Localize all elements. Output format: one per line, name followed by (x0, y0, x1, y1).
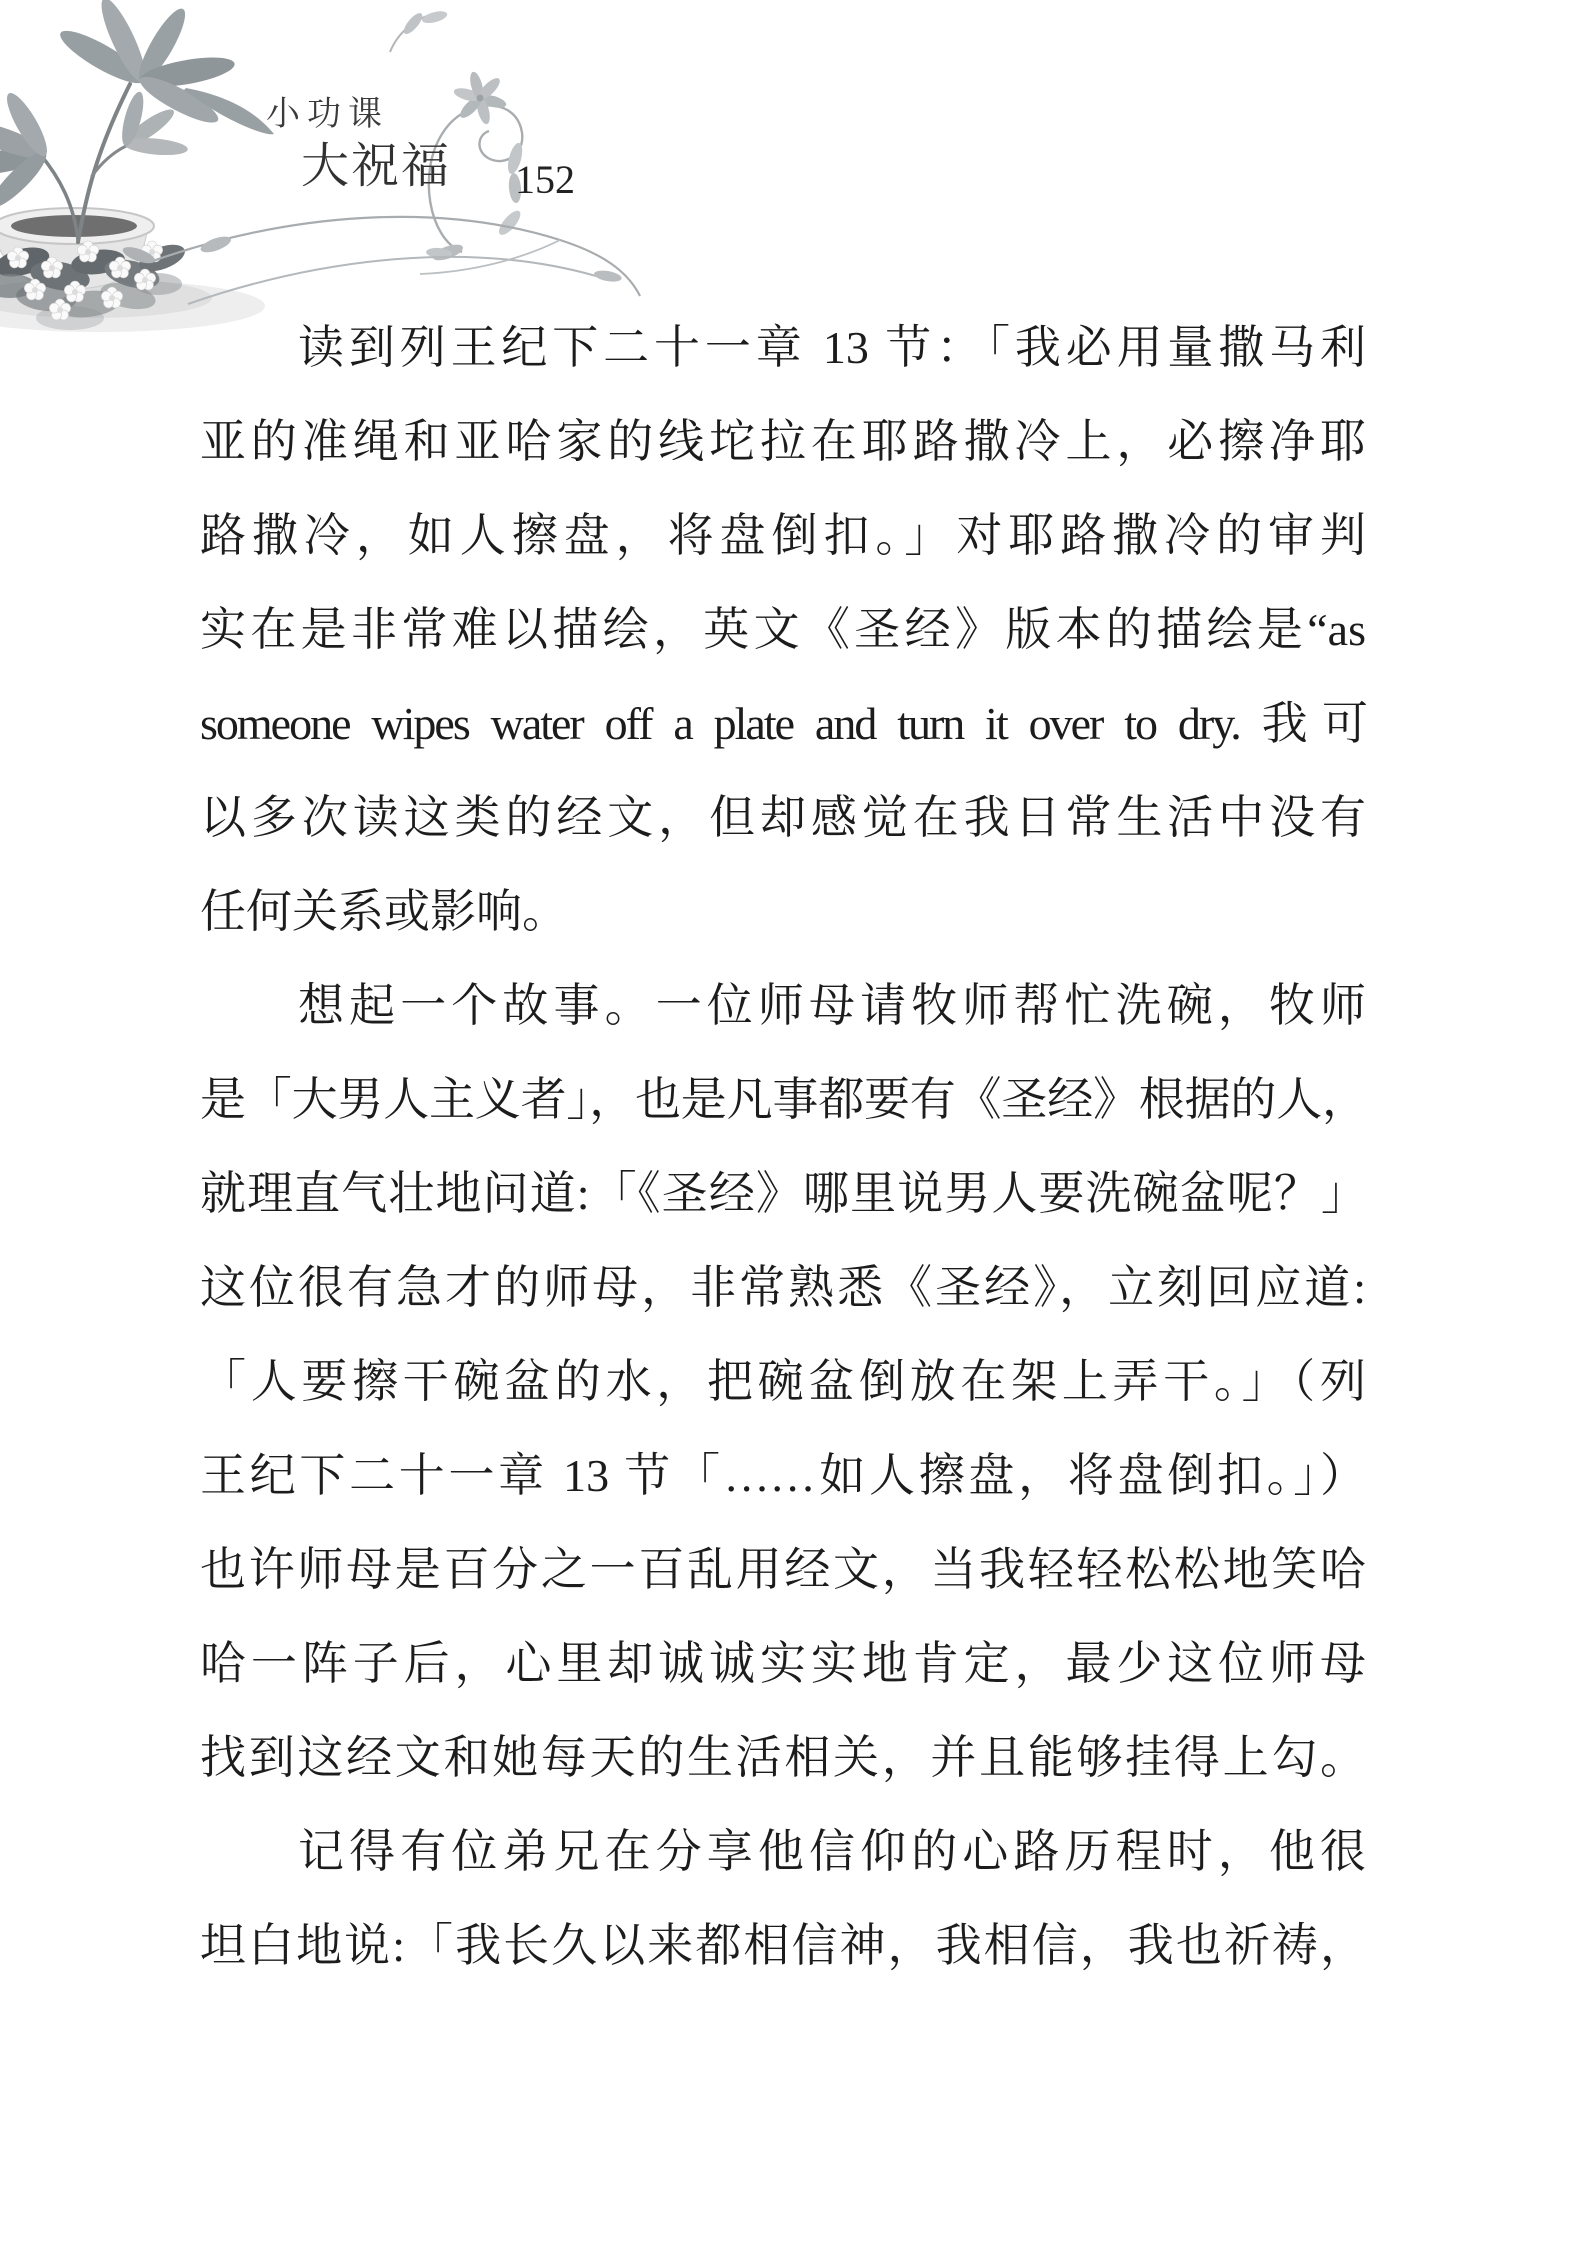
text-line: 任何关系或影响。 (200, 865, 1366, 959)
text-line: 这位很有急才的师母，非常熟悉《圣经》，立刻回应道: (200, 1241, 1366, 1335)
text-line: 也许师母是百分之一百乱用经文，当我轻轻松松地笑哈 (200, 1523, 1366, 1617)
text-line: 坦白地说:「我长久以来都相信神，我相信，我也祈祷， (200, 1899, 1366, 1993)
text-line: 实在是非常难以描绘，英文《圣经》版本的描绘是“as (200, 583, 1366, 677)
text-line: 找到这经文和她每天的生活相关，并且能够挂得上勾。 (200, 1711, 1366, 1805)
book-title: 大祝福 (301, 143, 451, 191)
text-line: 就理直气壮地问道:「《圣经》哪里说男人要洗碗盆呢？」 (200, 1147, 1366, 1241)
text-line: someone wipes water off a plate and turn… (200, 677, 1366, 771)
text-line: 读到列王纪下二十一章 13 节：「我必用量撒马利 (200, 301, 1366, 395)
text-line: 王纪下二十一章 13 节「……如人擦盘，将盘倒扣。」） (200, 1429, 1366, 1523)
text-line: 哈一阵子后，心里却诚诚实实地肯定，最少这位师母 (200, 1617, 1366, 1711)
text-line: 路撒冷，如人擦盘，将盘倒扣。」对耶路撒冷的审判 (200, 489, 1366, 583)
potted-plant-illustration (0, 0, 274, 332)
text-line: 「人要擦干碗盆的水，把碗盆倒放在架上弄干。」（列 (200, 1335, 1366, 1429)
series-subtitle: 小功课 (266, 97, 389, 131)
text-line: 亚的准绳和亚哈家的线坨拉在耶路撒冷上，必擦净耶 (200, 395, 1366, 489)
text-line: 是「大男人主义者」，也是凡事都要有《圣经》根据的人， (200, 1053, 1366, 1147)
text-line: 想起一个故事。一位师母请牧师帮忙洗碗，牧师 (200, 959, 1366, 1053)
text-line: 以多次读这类的经文，但却感觉在我日常生活中没有 (200, 771, 1366, 865)
body-text: 读到列王纪下二十一章 13 节：「我必用量撒马利 亚的准绳和亚哈家的线坨拉在耶路… (200, 301, 1366, 1993)
book-page: 小功课 大祝福 152 读到列王纪下二十一章 13 节：「我必用量撒马利 亚的准… (0, 0, 1571, 2256)
text-line: 记得有位弟兄在分享他信仰的心路历程时，他很 (200, 1805, 1366, 1899)
page-number: 152 (515, 160, 575, 200)
